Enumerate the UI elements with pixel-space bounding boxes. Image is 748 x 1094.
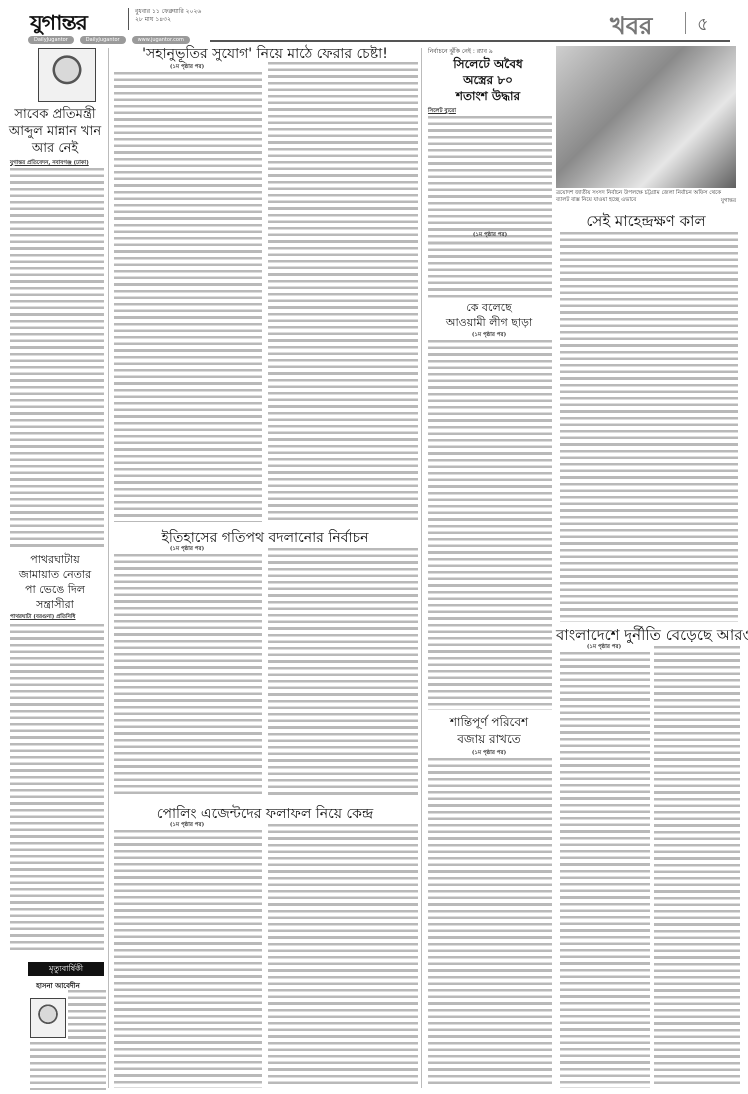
history-body-col2	[268, 548, 418, 796]
polling-body-col1: গণভোটের ফলাফলের ক্ষেত্রে একটি পোস্টাল ব্…	[114, 830, 262, 1088]
page-number: ৫	[697, 10, 709, 41]
awami-headline[interactable]: কে বলেছে আওয়ামী লীগ ছাড়া	[424, 300, 554, 330]
death-anniversary-body: অ্যাবেরিকান ইন্টারন্যাশনাল ইউনিভার্সিটি-…	[30, 1042, 106, 1090]
continued-label: (১ম পৃষ্ঠার পর)	[428, 232, 552, 240]
continued-label: (১ম পৃষ্ঠার পর)	[560, 644, 648, 652]
twitter-link[interactable]: DailyJugantor	[28, 36, 74, 44]
corruption-body-col2	[654, 646, 740, 1088]
sylhet-body: সংসদ নির্বাচন সামনে রেখে সিলেটে সার্বিক …	[428, 116, 552, 242]
continued-label: (১ম পৃষ্ঠার পর)	[112, 546, 262, 554]
continued-label: (১ম পৃষ্ঠার পর)	[424, 750, 554, 758]
sylhet-byline: সিলেট ব্যুরো	[428, 108, 548, 116]
section-title: খবর	[610, 8, 652, 48]
pathorghata-byline: পাথরঘাটা (বরগুনা) প্রতিনিধি	[10, 614, 108, 622]
photo-credit: যুগান্তর	[700, 198, 736, 205]
continued-label: (১ম পৃষ্ঠার পর)	[424, 332, 554, 340]
date-gregorian: বুধবার ১১ ফেব্রুয়ারি ২০২৬	[135, 8, 201, 16]
deceased-photo	[30, 998, 66, 1038]
sympathy-body-col2	[268, 62, 418, 522]
column-divider	[108, 48, 109, 1088]
peace-headline[interactable]: শান্তিপূর্ণ পরিবেশ বজায় রাখতে	[424, 714, 554, 748]
column-divider	[421, 48, 422, 1088]
sympathy-body-col1: প্রচার চালিয়ে বলা হচ্ছে-'যে নির্বাচনে ন…	[114, 72, 262, 522]
issue-date: বুধবার ১১ ফেব্রুয়ারি ২০২৬ ২৮ মাঘ ১৪৩২	[135, 8, 201, 24]
section-divider	[685, 12, 686, 34]
history-body-col1: তিনি বলেন, প্রাতিষ্ঠানিক সংস্কার বাস্তবা…	[114, 554, 262, 796]
sylhet-headline[interactable]: সিলেটে অবৈধ অস্ত্রের ৮০ শতাংশ উদ্ধার	[424, 56, 552, 104]
continued-label: (১ম পৃষ্ঠার পর)	[112, 64, 262, 72]
mahendra-body-col1: মঙ্গলবার নির্বাচন কমিশনে ব্রিফিংয়ে তিনি…	[428, 242, 552, 300]
date-bengali: ২৮ মাঘ ১৪৩২	[135, 16, 201, 24]
portrait-photo	[38, 48, 96, 102]
logo-divider	[128, 8, 129, 30]
mahendra-body-col2	[560, 232, 738, 622]
continued-label: (১ম পৃষ্ঠার পর)	[112, 822, 262, 830]
ballot-boxes-photo	[556, 46, 736, 188]
peace-body: নির্বাচনে সব দল অংশ নিচ্ছে কি না, তা দেখ…	[428, 758, 552, 1088]
death-anniversary-banner: মৃত্যুবার্ষিকী	[28, 962, 104, 976]
pathorghata-body: পাথরঘাটার ইউনিয়ন জামায়াতে ইসলামীর অ্যা…	[10, 624, 104, 954]
polling-body-col2	[268, 824, 418, 1088]
awami-body: প্রধান উপদেষ্টা বলেন, গণতন্ত্রের জন্য এ …	[428, 340, 552, 710]
pathorghata-headline[interactable]: পাথরঘাটায় জামায়াত নেতার পা ভেঙে দিল সন…	[4, 552, 106, 612]
obituary-headline[interactable]: সাবেক প্রতিমন্ত্রী আব্দুল মান্নান খান আর…	[4, 106, 106, 157]
death-anniversary-body-top	[68, 990, 106, 1040]
obituary-body: সাবেক গৃহায়ন ও গণপূর্ত প্রতিমন্ত্রী, আও…	[10, 168, 104, 550]
obituary-byline: যুগান্তর প্রতিবেদন, নবাবগঞ্জ (ঢাকা)	[10, 160, 108, 168]
corruption-body-col1: টিআইবির প্রতিবেদনে বলা হয়, সূচক অনুযায়…	[560, 652, 650, 1088]
